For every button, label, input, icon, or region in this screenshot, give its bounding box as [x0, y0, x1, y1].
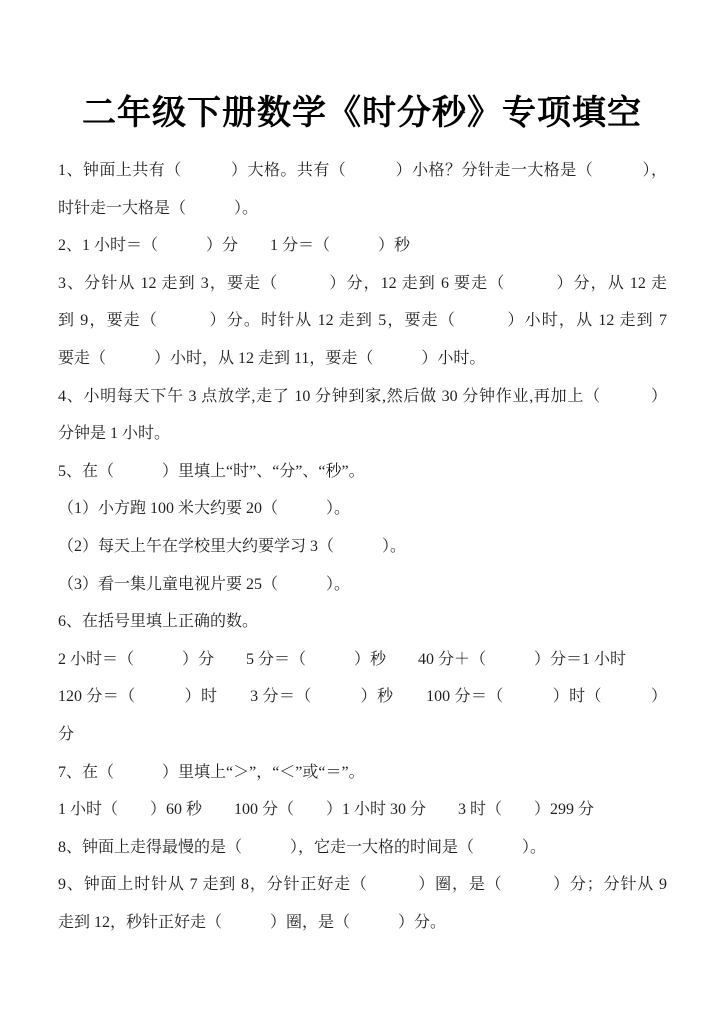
worksheet-line: 3、分针从 12 走到 3，要走（ ）分，12 走到 6 要走（ ）分，从 12… [58, 265, 667, 303]
worksheet-line: （3）看一集儿童电视片要 25（ ）。 [58, 566, 667, 604]
worksheet-line: 要走（ ）小时，从 12 走到 11，要走（ ）小时。 [58, 340, 667, 378]
worksheet-line: 8、钟面上走得最慢的是（ ），它走一大格的时间是（ ）。 [58, 829, 667, 867]
worksheet-line: 6、在括号里填上正确的数。 [58, 603, 667, 641]
worksheet-line: 7、在（ ）里填上“＞”，“＜”或“＝”。 [58, 754, 667, 792]
worksheet-line: 时针走一大格是（ ）。 [58, 190, 667, 228]
worksheet-line: 4、小明每天下午 3 点放学,走了 10 分钟到家,然后做 30 分钟作业,再加… [58, 378, 667, 416]
worksheet-line: 分钟是 1 小时。 [58, 415, 667, 453]
worksheet-line: 走到 12，秒针正好走（ ）圈，是（ ）分。 [58, 904, 667, 942]
worksheet-title: 二年级下册数学《时分秒》专项填空 [0, 0, 724, 138]
worksheet-line: 9、钟面上时针从 7 走到 8，分针正好走（ ）圈，是（ ）分；分针从 9 [58, 866, 667, 904]
worksheet-line: 1、钟面上共有（ ）大格。共有（ ）小格？分针走一大格是（ ）， [58, 152, 667, 190]
worksheet-line: （2）每天上午在学校里大约要学习 3（ ）。 [58, 528, 667, 566]
worksheet-line: 2 小时＝（ ）分 5 分＝（ ）秒 40 分＋（ ）分＝1 小时 [58, 641, 667, 679]
worksheet-page: 二年级下册数学《时分秒》专项填空 1、钟面上共有（ ）大格。共有（ ）小格？分针… [0, 0, 724, 1024]
worksheet-line: （1）小方跑 100 米大约要 20（ ）。 [58, 490, 667, 528]
worksheet-line: 120 分＝（ ）时 3 分＝（ ）秒 100 分＝（ ）时（ ）分 [58, 678, 667, 753]
worksheet-lines: 1、钟面上共有（ ）大格。共有（ ）小格？分针走一大格是（ ），时针走一大格是（… [58, 152, 667, 941]
worksheet-line: 1 小时（ ）60 秒 100 分（ ）1 小时 30 分 3 时（ ）299 … [58, 791, 667, 829]
worksheet-line: 5、在（ ）里填上“时”、“分”、“秒”。 [58, 453, 667, 491]
worksheet-line: 到 9，要走（ ）分。时针从 12 走到 5，要走（ ）小时，从 12 走到 7 [58, 302, 667, 340]
worksheet-line: 2、1 小时＝（ ）分 1 分＝（ ）秒 [58, 227, 667, 265]
